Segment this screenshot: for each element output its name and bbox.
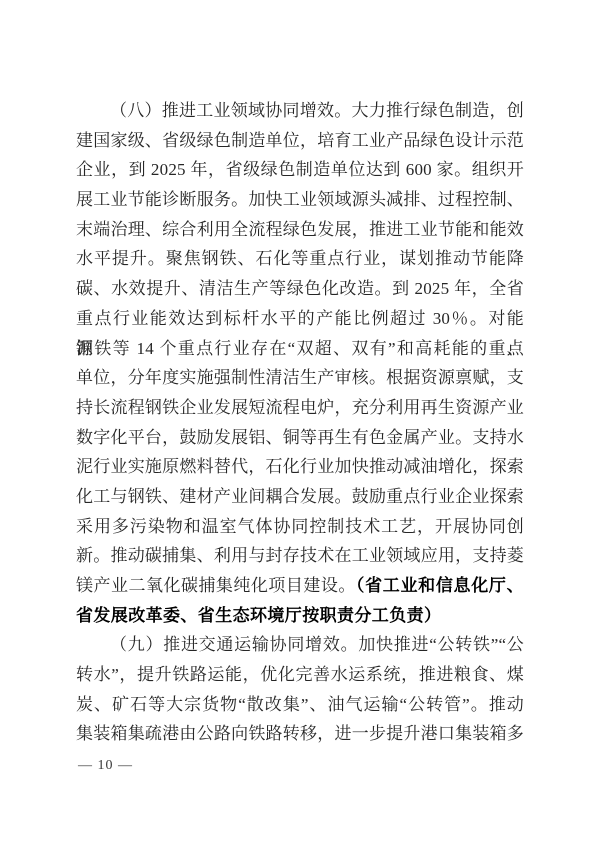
text-line: 转水”，提升铁路运能，优化完善水运系统，推进粮食、煤 xyxy=(76,660,524,690)
text-line: 镁产业二氧化碳捕集纯化项目建设。（省工业和信息化厅、 xyxy=(76,571,524,601)
document-body: （八）推进工业领域协同增效。大力推行绿色制造，创建国家级、省级绿色制造单位，培育… xyxy=(76,96,524,749)
text-line: 水平提升。聚焦钢铁、石化等重点行业，谋划推动节能降 xyxy=(76,244,524,274)
text-line: 持长流程钢铁企业发展短流程电炉，充分利用再生资源产业 xyxy=(76,393,524,423)
text-line: 企业，到 2025 年，省级绿色制造单位达到 600 家。组织开 xyxy=(76,155,524,185)
text-line: （八）推进工业领域协同增效。大力推行绿色制造，创 xyxy=(76,96,524,126)
text-segment: 泥行业实施原燃料替代，石化行业加快推动减油增化，探索 xyxy=(76,457,524,476)
text-segment: 企业，到 2025 年，省级绿色制造单位达到 600 家。组织开 xyxy=(76,160,524,179)
text-segment: （九）推进交通运输协同增效。加快推进“公转铁”“公 xyxy=(110,635,524,654)
text-segment: 碳、水效提升、清洁生产等绿色化改造。到 2025 年，全省 xyxy=(76,279,524,298)
text-line: 泥行业实施原燃料替代，石化行业加快推动减油增化，探索 xyxy=(76,452,524,482)
text-line: 数字化平台，鼓励发展铝、铜等再生有色金属产业。支持水 xyxy=(76,423,524,453)
text-segment: 炭、矿石等大宗货物“散改集”、油气运输“公转管”。推动 xyxy=(76,695,524,714)
text-line: 建国家级、省级绿色制造单位，培育工业产品绿色设计示范 xyxy=(76,126,524,156)
text-segment: 镁产业二氧化碳捕集纯化项目建设。 xyxy=(76,576,356,595)
text-segment: 末端治理、综合利用全流程绿色发展，推进工业节能和能效 xyxy=(76,220,524,239)
text-segment: （八）推进工业领域协同增效。大力推行绿色制造，创 xyxy=(110,101,524,120)
text-line: 省发展改革委、省生态环境厅按职责分工负责） xyxy=(76,601,524,631)
text-segment: 持长流程钢铁企业发展短流程电炉，充分利用再生资源产业 xyxy=(76,398,524,417)
text-line: 集装箱集疏港由公路向铁路转移，进一步提升港口集装箱多 xyxy=(76,719,524,749)
text-line: 钢铁等 14 个重点行业存在“双超、双有”和高耗能的重点 xyxy=(76,334,524,364)
bold-text-segment: （省工业和信息化厅、 xyxy=(356,576,524,595)
document-page: （八）推进工业领域协同增效。大力推行绿色制造，创建国家级、省级绿色制造单位，培育… xyxy=(0,0,600,848)
text-segment: 建国家级、省级绿色制造单位，培育工业产品绿色设计示范 xyxy=(76,131,524,150)
text-line: 单位，分年度实施强制性清洁生产审核。根据资源禀赋，支 xyxy=(76,363,524,393)
text-segment: 数字化平台，鼓励发展铝、铜等再生有色金属产业。支持水 xyxy=(76,428,524,447)
text-segment: 化工与钢铁、建材产业间耦合发展。鼓励重点行业企业探索 xyxy=(76,487,524,506)
text-line: 采用多污染物和温室气体协同控制技术工艺，开展协同创 xyxy=(76,512,524,542)
text-line: 碳、水效提升、清洁生产等绿色化改造。到 2025 年，全省 xyxy=(76,274,524,304)
text-line: 展工业节能诊断服务。加快工业领域源头减排、过程控制、 xyxy=(76,185,524,215)
text-line: （九）推进交通运输协同增效。加快推进“公转铁”“公 xyxy=(76,630,524,660)
text-segment: 展工业节能诊断服务。加快工业领域源头减排、过程控制、 xyxy=(76,190,524,209)
text-segment: 水平提升。聚焦钢铁、石化等重点行业，谋划推动节能降 xyxy=(76,249,524,268)
text-line: 化工与钢铁、建材产业间耦合发展。鼓励重点行业企业探索 xyxy=(76,482,524,512)
text-segment: 转水”，提升铁路运能，优化完善水运系统，推进粮食、煤 xyxy=(76,665,524,684)
text-segment: 钢铁等 14 个重点行业存在“双超、双有”和高耗能的重点 xyxy=(76,339,524,358)
text-line: 炭、矿石等大宗货物“散改集”、油气运输“公转管”。推动 xyxy=(76,690,524,720)
text-segment: 集装箱集疏港由公路向铁路转移，进一步提升港口集装箱多 xyxy=(76,724,524,743)
text-line: 末端治理、综合利用全流程绿色发展，推进工业节能和能效 xyxy=(76,215,524,245)
bold-text-segment: 省发展改革委、省生态环境厅按职责分工负责） xyxy=(76,606,441,625)
text-line: 重点行业能效达到标杆水平的产能比例超过 30％。对能源、 xyxy=(76,304,524,334)
text-line: 新。推动碳捕集、利用与封存技术在工业领域应用，支持菱 xyxy=(76,541,524,571)
text-segment: 采用多污染物和温室气体协同控制技术工艺，开展协同创 xyxy=(76,517,524,536)
page-number: — 10 — xyxy=(78,756,133,776)
text-segment: 新。推动碳捕集、利用与封存技术在工业领域应用，支持菱 xyxy=(76,546,524,565)
text-segment: 单位，分年度实施强制性清洁生产审核。根据资源禀赋，支 xyxy=(76,368,524,387)
